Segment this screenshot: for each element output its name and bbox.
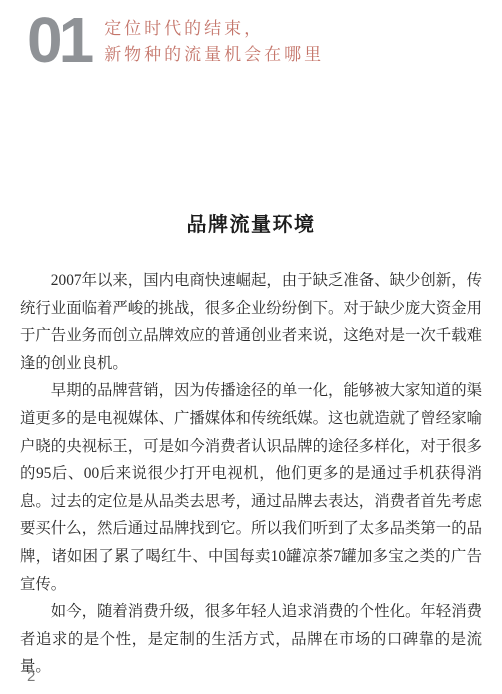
chapter-title-line2: 新物种的流量机会在哪里 [104, 42, 324, 68]
page-number: 2 [27, 668, 35, 685]
paragraph-1: 2007年以来，国内电商快速崛起，由于缺乏准备、缺少创新，传统行业面临着严峻的挑… [20, 267, 482, 377]
book-page: 01 定位时代的结束， 新物种的流量机会在哪里 品牌流量环境 2007年以来，国… [0, 0, 502, 694]
chapter-title: 定位时代的结束， 新物种的流量机会在哪里 [104, 12, 324, 68]
paragraph-2: 早期的品牌营销，因为传播途径的单一化，能够被大家知道的渠道更多的是电视媒体、广播… [20, 377, 482, 598]
body-text: 2007年以来，国内电商快速崛起，由于缺乏准备、缺少创新，传统行业面临着严峻的挑… [20, 267, 482, 681]
chapter-number: 01 [27, 12, 90, 68]
chapter-header: 01 定位时代的结束， 新物种的流量机会在哪里 [0, 0, 502, 68]
paragraph-3: 如今，随着消费升级，很多年轻人追求消费的个性化。年轻消费者追求的是个性，是定制的… [20, 598, 482, 681]
chapter-title-line1: 定位时代的结束， [104, 16, 324, 42]
section-heading: 品牌流量环境 [0, 208, 502, 237]
